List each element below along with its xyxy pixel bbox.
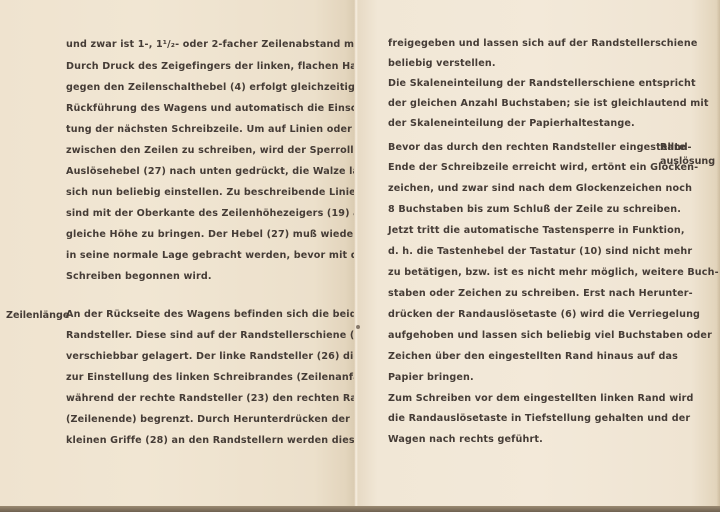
text-line: beliebig verstellen. xyxy=(388,58,650,70)
left-page: und zwar ist 1-, 1¹/₂- oder 2-facher Zei… xyxy=(0,0,356,506)
text-line: während der rechte Randsteller (23) den … xyxy=(66,393,330,405)
book-gutter xyxy=(354,0,358,506)
text-line: Zeichen über den eingestellten Rand hina… xyxy=(388,351,650,363)
text-line: Die Skaleneinteilung der Randstellerschi… xyxy=(388,78,650,90)
text-line: aufgehoben und lassen sich beliebig viel… xyxy=(388,330,650,342)
text-line: tung der nächsten Schreibzeile. Um auf L… xyxy=(66,124,330,136)
text-line: Wagen nach rechts geführt. xyxy=(388,434,650,446)
text-line: freigegeben und lassen sich auf der Rand… xyxy=(388,38,650,50)
text-line: Papier bringen. xyxy=(388,372,650,384)
text-line: Randsteller. Diese sind auf der Randstel… xyxy=(66,330,330,342)
text-line: Jetzt tritt die automatische Tastensperr… xyxy=(388,225,650,237)
text-line: Durch Druck des Zeigefingers der linken,… xyxy=(66,61,330,73)
text-line: Schreiben begonnen wird. xyxy=(66,271,330,283)
text-line: und zwar ist 1-, 1¹/₂- oder 2-facher Zei… xyxy=(66,39,330,51)
text-line: zu betätigen, bzw. ist es nicht mehr mög… xyxy=(388,267,650,279)
text-line: Bevor das durch den rechten Randsteller … xyxy=(388,142,650,154)
text-line: Rückführung des Wagens und automatisch d… xyxy=(66,103,330,115)
book-spread: und zwar ist 1-, 1¹/₂- oder 2-facher Zei… xyxy=(0,0,720,506)
text-line: sind mit der Oberkante des Zeilenhöhezei… xyxy=(66,208,330,220)
text-line: d. h. die Tastenhebel der Tastatur (10) … xyxy=(388,246,650,258)
text-line: staben oder Zeichen zu schreiben. Erst n… xyxy=(388,288,650,300)
text-line: zur Einstellung des linken Schreibrandes… xyxy=(66,372,330,384)
text-line: der Skaleneinteilung der Papierhaltestan… xyxy=(388,118,650,130)
text-line: der gleichen Anzahl Buchstaben; sie ist … xyxy=(388,98,650,110)
text-line: gleiche Höhe zu bringen. Der Hebel (27) … xyxy=(66,229,330,241)
page-bottom-edge xyxy=(0,506,720,512)
text-line: in seine normale Lage gebracht werden, b… xyxy=(66,250,330,262)
text-line: 8 Buchstaben bis zum Schluß der Zeile zu… xyxy=(388,204,650,216)
text-line: sich nun beliebig einstellen. Zu beschre… xyxy=(66,187,330,199)
text-line: verschiebbar gelagert. Der linke Randste… xyxy=(66,351,330,363)
text-line: zwischen den Zeilen zu schreiben, wird d… xyxy=(66,145,330,157)
text-line: Zum Schreiben vor dem eingestellten link… xyxy=(388,393,650,405)
right-page: freigegeben und lassen sich auf der Rand… xyxy=(356,0,720,506)
text-line: Ende der Schreibzeile erreicht wird, ert… xyxy=(388,162,650,174)
text-line: gegen den Zeilenschalthebel (4) erfolgt … xyxy=(66,82,330,94)
paper-speck xyxy=(356,325,360,329)
text-line: zeichen, und zwar sind nach dem Glockenz… xyxy=(388,183,650,195)
text-line: (Zeilenende) begrenzt. Durch Herunterdrü… xyxy=(66,414,330,426)
text-line: drücken der Randauslösetaste (6) wird di… xyxy=(388,309,650,321)
text-line: An der Rückseite des Wagens befinden sic… xyxy=(66,309,330,321)
text-line: Auslösehebel (27) nach unten gedrückt, d… xyxy=(66,166,330,178)
margin-note-zeilenlaenge: Zeilenlänge xyxy=(6,309,69,322)
text-line: die Randauslösetaste in Tiefstellung geh… xyxy=(388,413,650,425)
text-line: kleinen Griffe (28) an den Randstellern … xyxy=(66,435,330,447)
